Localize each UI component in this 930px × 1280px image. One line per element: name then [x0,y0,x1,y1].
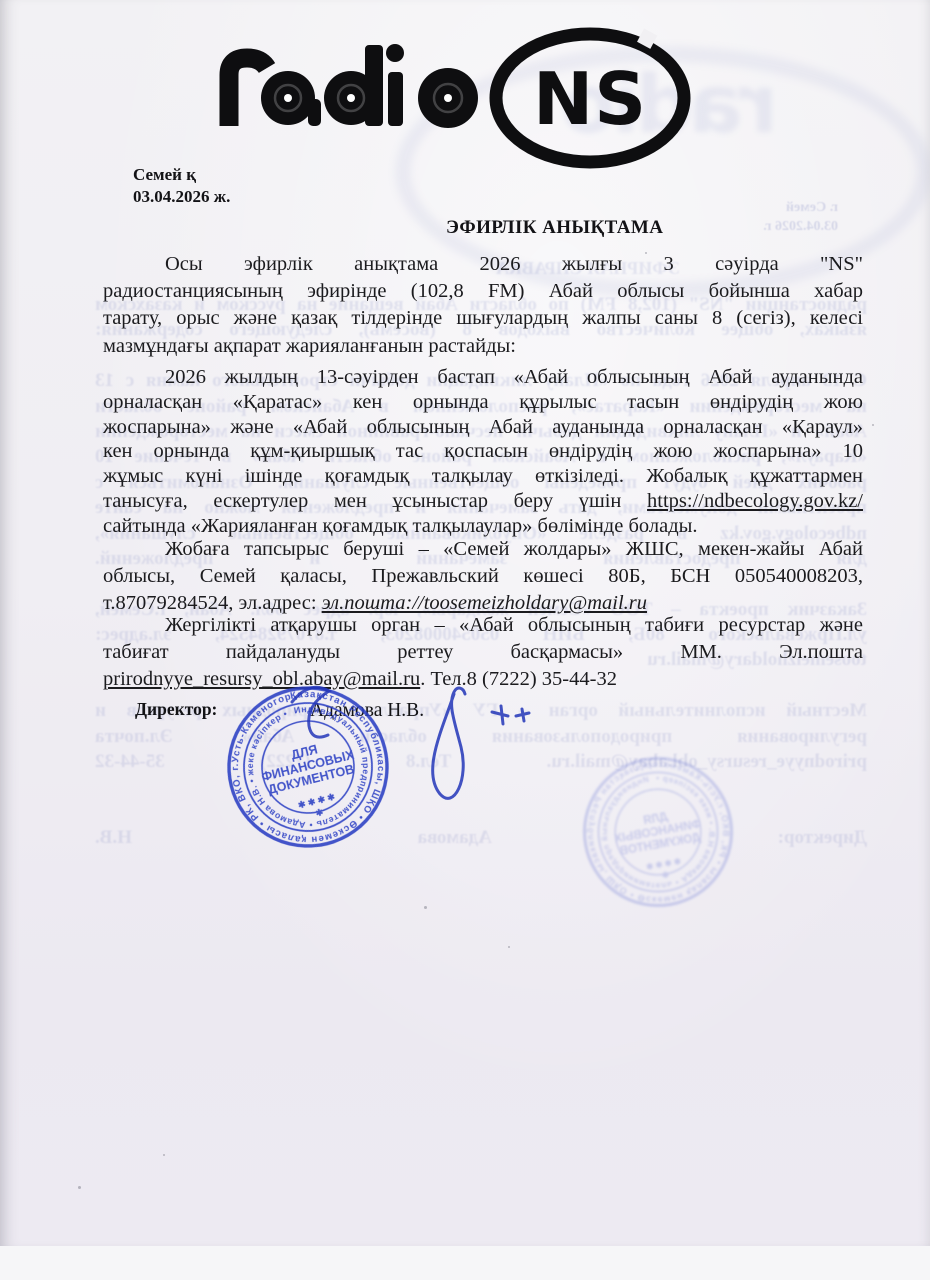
text-line: радиостанциясының эфирінде (102,8 FM) Аб… [103,278,863,305]
paragraph-3: Жобаға тапсырыс беруші – «Семей жолдары»… [103,536,863,617]
text-line: сайтында «Жарияланған қоғамдық талқылаул… [103,514,863,539]
scan-speck [508,946,510,948]
text-segment: Жергілікті атқарушы орган – «Абай облысы… [165,614,863,636]
bleedthrough-date: 03.04.2026 г. [733,217,838,236]
scan-speck [645,252,647,254]
text-segment: танысуға, ескертулер мен ұсыныстар беру … [103,490,647,512]
text-segment: радиостанциясының эфирінде (102,8 FM) Аб… [103,280,863,302]
text-segment: тарату, орыс және қазақ тілдерінде шығул… [103,307,863,329]
underlined-text: https://ndbecology.gov.kz/ [647,490,863,512]
paragraph-2: 2026 жылдың 13-сәуірден бастап «Абай обл… [103,365,863,539]
text-line: кен орнында құм-қиыршық тас қоспасын өнд… [103,439,863,464]
text-segment: кен орнында құм-қиыршық тас қоспасын өнд… [103,440,863,462]
text-segment: Осы эфирлік анықтама 2026 жылғы 3 сәуірд… [165,253,863,275]
radio-wordmark [229,44,478,128]
signature-stroke [240,650,560,850]
ns-letters: NS [533,57,647,141]
text-line: 2026 жылдың 13-сәуірден бастап «Абай обл… [103,365,863,390]
stamp-star: ✱ [661,869,670,880]
text-segment: 2026 жылдың 13-сәуірден бастап «Абай обл… [165,366,863,388]
header-date: 03.04.2026 ж. [133,186,230,208]
text-line: тарату, орыс және қазақ тілдерінде шығул… [103,305,863,332]
text-segment: т.87079284524, эл.адрес: [103,592,322,614]
scan-speck [78,1186,81,1189]
page: radio г. Семей 03.04.2026 г. ЭФИРНАЯ СПР… [0,0,930,1246]
paragraph-1: Осы эфирлік анықтама 2026 жылғы 3 сәуірд… [103,251,863,360]
text-line: танысуға, ескертулер мен ұсыныстар беру … [103,489,863,514]
text-segment: жұмыс күні ішінде қоғамдық талқылау өткі… [103,465,863,487]
scan-speck [872,424,874,426]
scanned-document: radio г. Семей 03.04.2026 г. ЭФИРНАЯ СПР… [0,0,930,1280]
text-line: орналасқан «Қаратас» кен орнында құрылыс… [103,390,863,415]
bleedthrough-city: г. Семей [733,198,838,217]
text-segment: мазмұндағы ақпарат жарияланғанын растайд… [103,335,516,357]
text-line: Жобаға тапсырыс беруші – «Семей жолдары»… [103,536,863,563]
text-line: жоспарына» және «Абай облысының Абай ауд… [103,415,863,440]
bleedthrough-header: г. Семей 03.04.2026 г. [733,198,838,236]
doc-title: ЭФИРЛІК АНЫҚТАМА [446,217,663,239]
text-line: Осы эфирлік анықтама 2026 жылғы 3 сәуірд… [103,251,863,278]
scan-speck [424,906,427,909]
text-segment: орналасқан «Қаратас» кен орнында құрылыс… [103,391,863,413]
scan-speck [163,1154,165,1156]
text-segment: Жобаға тапсырыс беруші – «Семей жолдары»… [165,538,863,560]
text-line: жұмыс күні ішінде қоғамдық талқылау өткі… [103,464,863,489]
underlined-text: эл.пошта://toosemeizholdary@mail.ru [322,592,647,614]
text-line: облысы, Семей қаласы, Прежавльский көшес… [103,563,863,590]
radio-ns-logo: NS [212,25,692,175]
text-line: Жергілікті атқарушы орган – «Абай облысы… [103,612,863,639]
text-segment: жоспарына» және «Абай облысының Абай ауд… [103,416,863,438]
text-line: мазмұндағы ақпарат жарияланғанын растайд… [103,333,863,360]
stamp-ghost: Қазақстан Республикасы, ШҚО • Өскемен қа… [565,739,750,924]
scanner-background [0,1246,930,1280]
text-segment: сайтында «Жарияланған қоғамдық талқылаул… [103,515,698,537]
text-segment: облысы, Семей қаласы, Прежавльский көшес… [103,565,863,587]
